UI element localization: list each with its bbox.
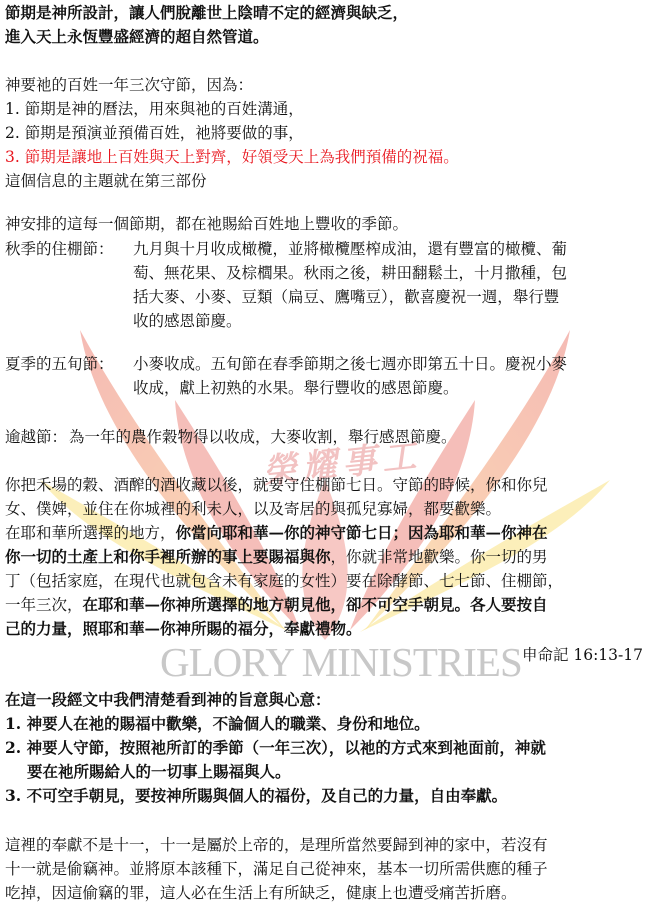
- scripture-segment: 女、僕婢，並住在你城裡的利未人，以及寄居的與孤兒寡婦，都要歡樂。: [5, 500, 501, 518]
- closing-line-3: 吃掉，因這偷竊的罪，這人必在生活上有所缺乏，健康上也遭受痛苦折磨。: [5, 881, 517, 905]
- scripture-segment: 在耶和華所選擇的地方，: [5, 524, 176, 542]
- festival-label-pentecost: 夏季的五旬節：: [5, 352, 114, 376]
- scripture-line: 你把禾場的穀、酒醡的酒收藏以後，就要守住棚節七日。守節的時候，你和你兒: [5, 473, 548, 497]
- festival-text: 小麥收成。五旬節在春季節期之後七週亦即第五十日。慶祝小麥: [133, 352, 567, 376]
- scripture-segment: 一年三次，: [5, 596, 83, 614]
- festival-text: 括大麥、小麥、豆類（扁豆、鷹嘴豆），歡喜慶祝一週，舉行豐: [133, 285, 559, 309]
- scripture-segment: ，你就非常地歡樂。你一切的男: [331, 548, 548, 566]
- scripture-segment-bold: 你當向耶和華—你的神守節七日；因為耶和華—你神在: [176, 523, 548, 542]
- closing-line-2: 十一就是偷竊神。並將原本該種下，滿足自己從神來，基本一切所需供應的種子: [5, 857, 548, 881]
- scripture-segment: 丁（包括家庭，在現代也就包含未有家庭的女性）要在除酵節、七七節、住棚節，: [5, 572, 563, 590]
- festival-text: 收的感恩節慶。: [133, 309, 242, 333]
- intro-line-2: 進入天上永恆豐盛經濟的超自然管道。: [5, 25, 269, 49]
- scripture-line: 丁（包括家庭，在現代也就包含未有家庭的女性）要在除酵節、七七節、住棚節，: [5, 569, 563, 593]
- scripture-line: 在耶和華所選擇的地方，你當向耶和華—你的神守節七日；因為耶和華—你神在: [5, 521, 548, 545]
- scripture-line: 你一切的土產上和你手裡所辦的事上要賜福與你，你就非常地歡樂。你一切的男: [5, 545, 548, 569]
- festival-text: 九月與十月收成橄欖，並將橄欖壓榨成油，還有豐富的橄欖、葡: [133, 237, 567, 261]
- scripture-line: 一年三次，在耶和華—你神所選擇的地方朝見他，卻不可空手朝見。各人要按自: [5, 593, 548, 617]
- scripture-segment-bold: 你一切的土產上和你手裡所辦的事上要賜福與你: [5, 547, 331, 566]
- watermark-english: GLORY MINISTRIES: [160, 638, 522, 686]
- scripture-segment: 你把禾場的穀、酒醡的酒收藏以後，就要守住棚節七日。守節的時候，你和你兒: [5, 476, 548, 494]
- reason-item-3-highlight: 3. 節期是讓地上百姓與天上對齊，好領受天上為我們預備的祝福。: [5, 145, 459, 169]
- festival-text: 收成，獻上初熟的水果。舉行豐收的感恩節慶。: [133, 376, 459, 400]
- festival-label-tabernacles: 秋季的住棚節：: [5, 237, 114, 261]
- reason-item-1: 1. 節期是神的曆法，用來與祂的百姓溝通，: [5, 97, 304, 121]
- scripture-line: 己的力量，照耶和華—你神所賜的福分，奉獻禮物。: [5, 617, 362, 641]
- summary-item-2: 2. 神要人守節，按照祂所訂的季節（一年三次），以祂的方式來到祂面前，神就: [5, 736, 546, 760]
- summary-item-2-cont: 要在祂所賜給人的一切事上賜福與人。: [27, 760, 291, 784]
- scripture-line: 女、僕婢，並住在你城裡的利未人，以及寄居的與孤兒寡婦，都要歡樂。: [5, 497, 501, 521]
- summary-item-1: 1. 神要人在祂的賜福中歡樂，不論個人的職業、身份和地位。: [5, 712, 430, 736]
- scripture-segment-bold: 己的力量，照耶和華—你神所賜的福分，奉獻禮物。: [5, 619, 362, 638]
- reasons-heading: 神要祂的百姓一年三次守節，因為：: [5, 73, 253, 97]
- intro-line-1: 節期是神所設計，讓人們脫離世上陰晴不定的經濟與缺乏，: [5, 1, 408, 25]
- scripture-segment-bold: 在耶和華—你神所選擇的地方朝見他，卻不可空手朝見。各人要按自: [83, 595, 548, 614]
- closing-line-1: 這裡的奉獻不是十一，十一是屬於上帝的，是理所當然要歸到神的家中，若沒有: [5, 833, 548, 857]
- reason-item-2: 2. 節期是預演並預備百姓，祂將要做的事，: [5, 121, 304, 145]
- festival-label-passover: 逾越節：: [5, 425, 67, 449]
- summary-heading: 在這一段經文中我們清楚看到神的旨意與心意：: [5, 688, 331, 712]
- scripture-reference: 申命記 16:13-17: [522, 643, 643, 667]
- festival-text: 為一年的農作穀物得以收成，大麥收割，舉行感恩節慶。: [69, 425, 457, 449]
- harvest-heading: 神安排的這每一個節期，都在祂賜給百姓地上豐收的季節。: [5, 212, 408, 236]
- summary-item-3: 3. 不可空手朝見，要按神所賜與個人的福份，及自己的力量，自由奉獻。: [5, 784, 507, 808]
- festival-text: 萄、無花果、及棕櫚果。秋雨之後，耕田翻鬆土，十月撒種，包: [133, 261, 567, 285]
- theme-note: 這個信息的主題就在第三部份: [5, 169, 207, 193]
